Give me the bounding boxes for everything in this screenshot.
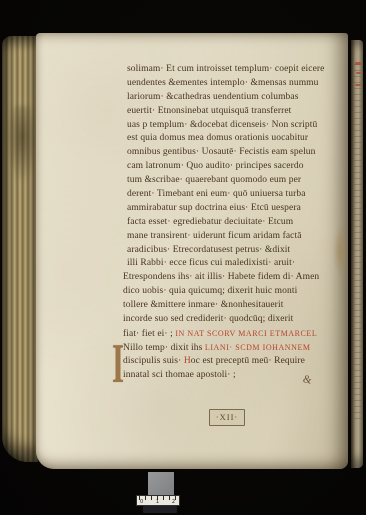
text-segment-ink: tum &scribae· quaerebant quomodo eum per <box>127 175 301 185</box>
text-segment-ink: facta esset· egrediebatur deciuitate· Et… <box>127 217 293 227</box>
text-segment-ink: aradicibus· Etrecordatusest petrus· &dix… <box>127 245 290 255</box>
manuscript-text-line: incorde suo sed crediderit· quodcūq; dix… <box>123 313 353 327</box>
manuscript-text-line: uas p templum· &docebat dicenseis· Non s… <box>127 119 353 133</box>
manuscript-text-line: solimam· Et cum introisset templum· coep… <box>127 63 353 77</box>
ruler-tick-label: 2 <box>172 499 175 505</box>
text-segment-ink: innatal sci thomae apostoli· ; <box>123 370 236 380</box>
text-segment-ink: incorde suo sed crediderit· quodcūq; dix… <box>123 314 293 324</box>
manuscript-text-line: derent· Timebant eni eum· quō uniuersa t… <box>127 188 353 202</box>
text-segment-ink: dico uobis· quia quicumq; dixerit huic m… <box>123 286 297 296</box>
manuscript-text-line: Nillo temp· dixit ihs LIANI· SCDM IOHANN… <box>123 341 353 355</box>
text-segment-red: IN NAT SCORV MARCI ETMARCEL <box>175 329 317 338</box>
line-end-flourish: & <box>302 373 313 387</box>
text-segment-ink: Nillo temp· dixit ihs <box>123 343 205 353</box>
text-segment-ink: oc est preceptū meū· Require <box>191 356 305 366</box>
leaf-edge-stain <box>6 106 38 184</box>
manuscript-text-line: omnibus gentibus· Uosautē· Fecistis eam … <box>127 146 353 160</box>
manuscript-text-line: euertit· Etnonsinebat utquisquā transfer… <box>127 105 353 119</box>
ruler-tick-label: 1 <box>156 499 159 505</box>
text-segment-ink: derent· Timebant eni eum· quō uniuersa t… <box>127 189 306 199</box>
manuscript-text-line: est quia domus mea domus orationis uocab… <box>127 132 353 146</box>
manuscript-text-line: tum &scribae· quaerebant quomodo eum per <box>127 174 353 188</box>
text-segment-ink: fiat· fiet ei· ; <box>123 329 175 339</box>
manuscript-text-line: fiat· fiet ei· ; IN NAT SCORV MARCI ETMA… <box>123 327 353 341</box>
text-segment-ink: discipulis suis· <box>123 356 184 366</box>
text-segment-ink: lariorum· &cathedras uendentium columbas <box>127 92 299 102</box>
manuscript-text-line: Etrespondens ihs· ait illis· Habete fide… <box>123 271 353 285</box>
illuminated-initial: I <box>112 336 120 394</box>
text-segment-ink: euertit· Etnonsinebat utquisquā transfer… <box>127 106 291 116</box>
facing-page-rubric-mark <box>355 62 361 65</box>
manuscript-text-line: facta esset· egrediebatur deciuitate· Et… <box>127 216 353 230</box>
measurement-ruler: 012 <box>136 495 180 506</box>
manuscript-text-line: illi Rabbi· ecce ficus cui maledixisti· … <box>127 257 353 271</box>
manuscript-text-block: solimam· Et cum introisset templum· coep… <box>123 63 353 382</box>
manuscript-text-line: discipulis suis· Hoc est preceptū meū· R… <box>123 355 353 369</box>
manuscript-text-line: mane transirent· uiderunt ficum aridam f… <box>127 230 353 244</box>
text-segment-ink: est quia domus mea domus orationis uocab… <box>127 133 308 143</box>
text-segment-ink: illi Rabbi· ecce ficus cui maledixisti· … <box>127 258 295 268</box>
manuscript-text-line: dico uobis· quia quicumq; dixerit huic m… <box>123 285 353 299</box>
text-segment-ink: omnibus gentibus· Uosautē· Fecistis eam … <box>127 147 316 157</box>
manuscript-text-line: lariorum· &cathedras uendentium columbas <box>127 91 353 105</box>
book-leaf-edges <box>2 36 38 462</box>
ruler-tick-label: 0 <box>140 499 143 505</box>
text-segment-ink: mane transirent· uiderunt ficum aridam f… <box>127 231 302 241</box>
text-segment-ink: uendentes &ementes intemplo· &mensas num… <box>127 78 319 88</box>
color-reference-patch <box>148 472 174 496</box>
photo-background: I solimam· Et cum introisset templum· co… <box>0 0 366 515</box>
facing-page-rubric-mark <box>355 84 361 86</box>
text-segment-red: LIANI· SCDM IOHANNEM <box>205 343 311 352</box>
text-segment-ink: solimam· Et cum introisset templum· coep… <box>127 64 324 74</box>
manuscript-text-line: tollere &mittere inmare· &nonhesitauerit <box>123 299 353 313</box>
text-segment-ink: ammirabatur sup doctrina eius· Etcū uesp… <box>127 203 301 213</box>
ruler-label-strip <box>143 506 177 513</box>
manuscript-text-line: innatal sci thomae apostoli· ; <box>123 369 353 383</box>
manuscript-text-line: aradicibus· Etrecordatusest petrus· &dix… <box>127 244 353 258</box>
facing-page-rubric-mark <box>356 72 361 74</box>
text-segment-ink: uas p templum· &docebat dicenseis· Non s… <box>127 120 317 130</box>
manuscript-text-line: cam latronum· Quo audito· principes sace… <box>127 160 353 174</box>
manuscript-text-line: uendentes &ementes intemplo· &mensas num… <box>127 77 353 91</box>
folio-number-stamp: ·XII· <box>209 409 245 426</box>
text-segment-redletter: H <box>184 356 191 366</box>
manuscript-text-line: ammirabatur sup doctrina eius· Etcū uesp… <box>127 202 353 216</box>
text-segment-ink: tollere &mittere inmare· &nonhesitauerit <box>123 300 283 310</box>
text-segment-ink: Etrespondens ihs· ait illis· Habete fide… <box>123 272 319 282</box>
text-segment-ink: cam latronum· Quo audito· principes sace… <box>127 161 304 171</box>
